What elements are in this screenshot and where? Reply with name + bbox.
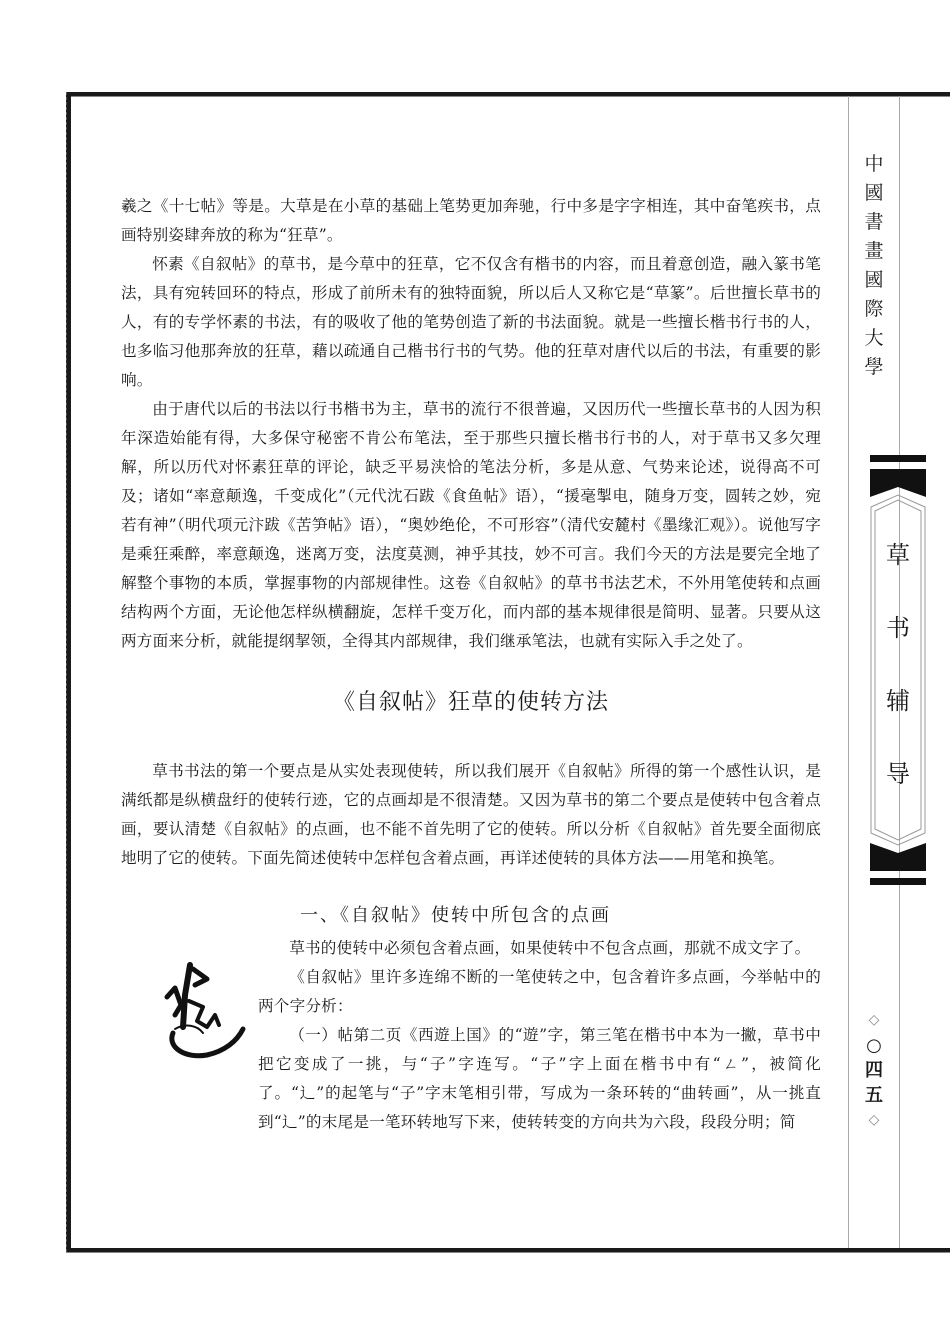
page-number-digit: ○	[861, 1033, 887, 1058]
paragraph: （一）帖第二页《西遊上国》的“遊”字，第三笔在楷书中本为一撇，草书中把它变成了一…	[258, 1021, 821, 1137]
page-number-digit: 四	[861, 1058, 887, 1083]
side-title-char: 大	[861, 324, 887, 353]
frame-bottom-border	[66, 1248, 950, 1253]
side-banner-title: 草 书 辅 导	[870, 540, 926, 832]
side-title-char: 書	[861, 208, 887, 237]
paragraph: 怀素《自叙帖》的草书，是今草中的狂草，它不仅含有楷书的内容，而且着意创造，融入篆…	[121, 250, 821, 395]
side-title-char: 際	[861, 295, 887, 324]
side-column-left-rule	[848, 96, 849, 1248]
banner-char: 草	[870, 540, 926, 613]
diamond-icon: ◇	[861, 1008, 887, 1033]
body-text-mid: 草书书法的第一个要点是从实处表现使转，所以我们展开《自叙帖》所得的第一个感性认识…	[121, 757, 821, 873]
side-title-char: 畫	[861, 237, 887, 266]
paragraph: 草书书法的第一个要点是从实处表现使转，所以我们展开《自叙帖》所得的第一个感性认识…	[121, 757, 821, 873]
side-title-char: 中	[861, 150, 887, 179]
side-title-char: 國	[861, 179, 887, 208]
side-title-char: 國	[861, 266, 887, 295]
body-text-top: 羲之《十七帖》等是。大草是在小草的基础上笔势更加奔驰，行中多是字字相连，其中奋笔…	[121, 192, 821, 656]
banner-char: 书	[870, 613, 926, 686]
page-number-digit: 五	[861, 1083, 887, 1108]
paragraph: 由于唐代以后的书法以行书楷书为主，草书的流行不很普遍，又因历代一些擅长草书的人因…	[121, 395, 821, 656]
calligraphy-character-image	[145, 955, 255, 1065]
page-number: ◇ ○ 四 五 ◇	[861, 1008, 887, 1133]
section-title: 《自叙帖》狂草的使转方法	[121, 685, 821, 716]
side-title-char: 學	[861, 353, 887, 382]
diamond-icon: ◇	[861, 1108, 887, 1133]
banner-char: 导	[870, 759, 926, 832]
side-institution-title: 中 國 書 畫 國 際 大 學	[861, 150, 887, 382]
paragraph: 草书的使转中必须包含着点画，如果使转中不包含点画，那就不成文字了。	[258, 934, 821, 963]
body-text-bottom: 草书的使转中必须包含着点画，如果使转中不包含点画，那就不成文字了。 《自叙帖》里…	[258, 934, 821, 1137]
frame-top-border	[66, 92, 950, 97]
paragraph: 《自叙帖》里许多连绵不断的一笔使转之中，包含着许多点画，今举帖中的两个字分析：	[258, 963, 821, 1021]
banner-char: 辅	[870, 686, 926, 759]
subsection-title: 一、《自叙帖》使转中所包含的点画	[300, 901, 611, 927]
paragraph: 羲之《十七帖》等是。大草是在小草的基础上笔势更加奔驰，行中多是字字相连，其中奋笔…	[121, 192, 821, 250]
frame-left-border	[66, 92, 71, 1252]
